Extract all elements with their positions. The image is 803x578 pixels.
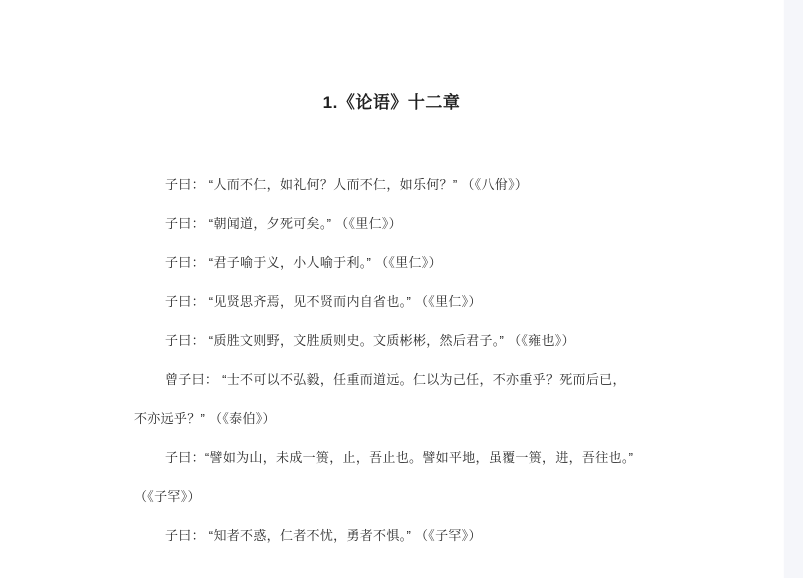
document-line: （《子罕》） [134, 477, 694, 516]
document-line: 子曰： “朝闻道，夕死可矣。” （《里仁》） [134, 204, 694, 243]
document-line: 子曰：“譬如为山，未成一篑，止，吾止也。譬如平地，虽覆一篑，进，吾往也。” [134, 438, 694, 477]
document-line: 不亦远乎？” （《泰伯》） [134, 399, 694, 438]
document-line: 子曰： “质胜文则野，文胜质则史。文质彬彬，然后君子。” （《雍也》） [134, 321, 694, 360]
document-title: 1.《论语》十二章 [0, 88, 783, 113]
document-body: 子曰： “人而不仁，如礼何？人而不仁，如乐何？” （《八佾》） 子曰： “朝闻道… [134, 165, 694, 555]
document-page: 1.《论语》十二章 子曰： “人而不仁，如礼何？人而不仁，如乐何？” （《八佾》… [0, 0, 783, 578]
document-line: 子曰： “知者不惑，仁者不忧，勇者不惧。” （《子罕》） [134, 516, 694, 555]
document-line: 子曰： “见贤思齐焉，见不贤而内自省也。” （《里仁》） [134, 282, 694, 321]
canvas-background [783, 0, 803, 578]
document-line: 子曰： “君子喻于义，小人喻于利。” （《里仁》） [134, 243, 694, 282]
document-line: 曾子曰： “士不可以不弘毅，任重而道远。仁以为己任，不亦重乎？死而后已， [134, 360, 694, 399]
document-line: 子曰： “人而不仁，如礼何？人而不仁，如乐何？” （《八佾》） [134, 165, 694, 204]
